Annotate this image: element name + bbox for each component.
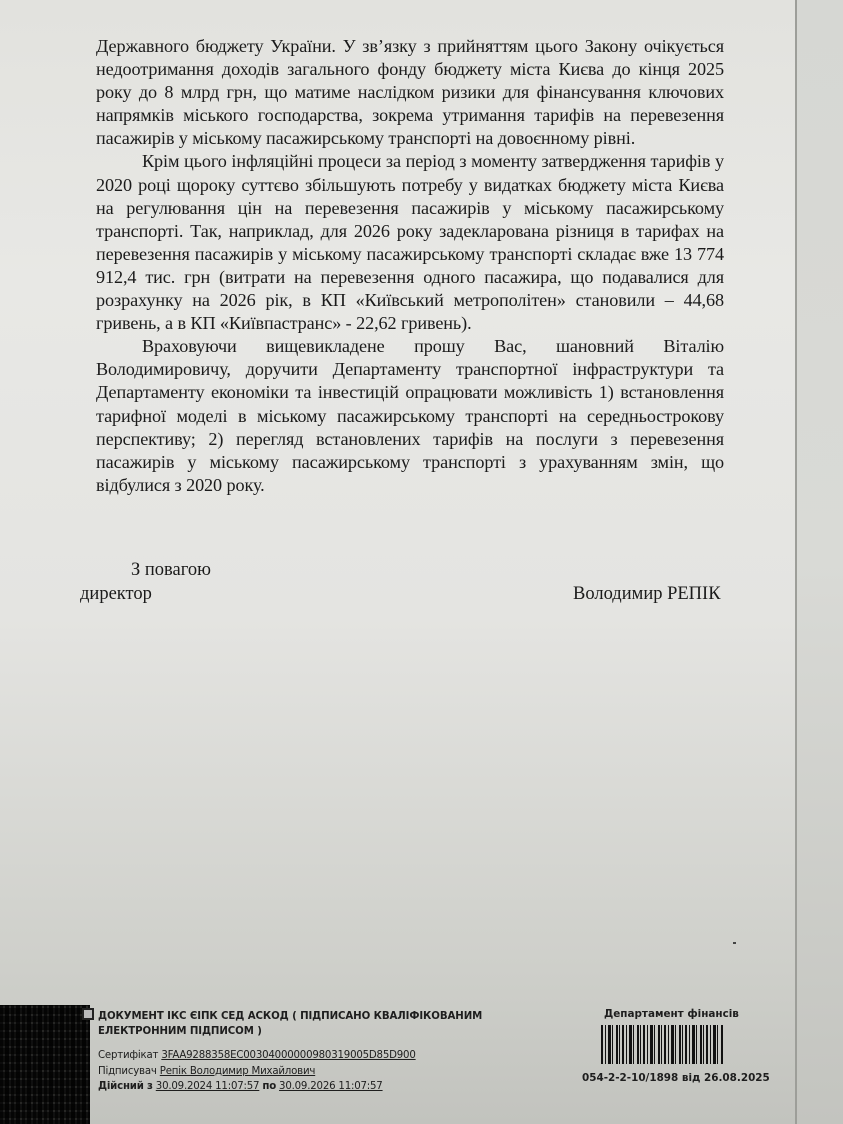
paragraph-inflation-tariffs: Крім цього інфляційні процеси за період … [96, 150, 724, 335]
certificate-value: 3FAA9288358EC00304000000980319005D85D900 [161, 1050, 415, 1061]
closing-salutation: З повагою [131, 560, 211, 581]
stamp-validity-row: Дійсний з 30.09.2024 11:07:57 по 30.09.2… [98, 1079, 488, 1095]
registration-number: 054-2-2-10/1898 від 26.08.2025 [582, 1072, 770, 1084]
registration-department: Департамент фінансів [604, 1008, 739, 1020]
barcode-icon [601, 1025, 724, 1064]
signer-label: Підписувач [98, 1066, 157, 1077]
background-surface [797, 0, 843, 1124]
electronic-signature-stamp: ДОКУМЕНТ ІКС ЄІПК СЕД АСКОД ( ПІДПИСАНО … [98, 1009, 488, 1095]
signer-role: директор [80, 584, 152, 605]
signer-name: Володимир РЕПІК [573, 584, 721, 605]
valid-to-label: по [262, 1081, 276, 1092]
signer-value: Репік Володимир Михайлович [160, 1066, 315, 1077]
stamp-certificate-row: Сертифікат 3FAA9288358EC0030400000098031… [98, 1048, 488, 1064]
valid-from-label: Дійсний з [98, 1081, 153, 1092]
qr-finder-pattern-icon [82, 1008, 94, 1020]
certificate-label: Сертифікат [98, 1050, 158, 1061]
qr-code-icon [0, 1005, 90, 1124]
paragraph-request: Враховуючи вищевикладене прошу Вас, шано… [96, 335, 724, 497]
stamp-header: ДОКУМЕНТ ІКС ЄІПК СЕД АСКОД ( ПІДПИСАНО … [98, 1009, 488, 1039]
paper-speck [733, 942, 736, 944]
valid-to-value: 30.09.2026 11:07:57 [279, 1081, 383, 1092]
stamp-signer-row: Підписувач Репік Володимир Михайлович [98, 1064, 488, 1080]
paragraph-budget-shortfall: Державного бюджету України. У зв’язку з … [96, 35, 724, 150]
letter-body: Державного бюджету України. У зв’язку з … [96, 35, 724, 497]
valid-from-value: 30.09.2024 11:07:57 [156, 1081, 260, 1092]
